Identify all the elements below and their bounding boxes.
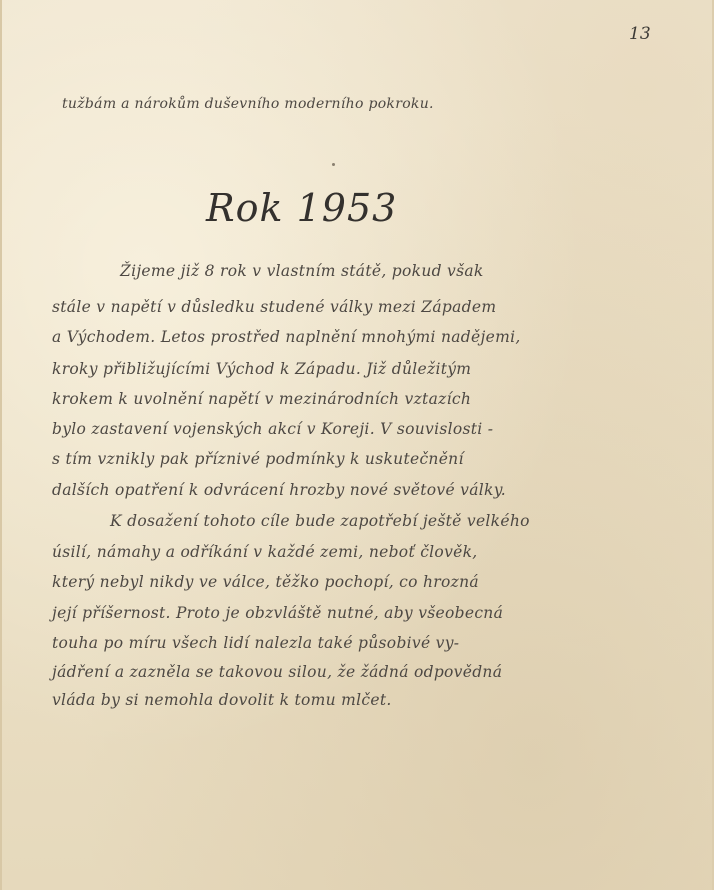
handwritten-page: 13 tužbám a nárokům duševního moderního … bbox=[0, 0, 714, 890]
text-line: úsilí, námahy a odříkání v každé zemi, n… bbox=[52, 543, 478, 561]
text-line: dalších opatření k odvrácení hrozby nové… bbox=[52, 481, 506, 499]
text-line: K dosažení tohoto cíle bude zapotřebí je… bbox=[110, 512, 530, 530]
text-line: který nebyl nikdy ve válce, těžko pochop… bbox=[52, 573, 479, 591]
text-line: její příšernost. Proto je obzvláště nutn… bbox=[52, 604, 503, 622]
text-line: a Východem. Letos prostřed naplnění mnoh… bbox=[52, 328, 521, 346]
section-title: Rok 1953 bbox=[206, 186, 397, 230]
continuation-line: tužbám a nárokům duševního moderního pok… bbox=[62, 96, 434, 112]
text-line: s tím vznikly pak příznivé podmínky k us… bbox=[52, 450, 464, 468]
text-line: bylo zastavení vojenských akcí v Koreji.… bbox=[52, 420, 493, 438]
text-line: vláda by si nemohla dovolit k tomu mlčet… bbox=[52, 691, 392, 709]
ink-dot bbox=[332, 163, 335, 166]
text-line: jádření a zazněla se takovou silou, že ž… bbox=[52, 663, 502, 681]
text-line: Žijeme již 8 rok v vlastním státě, pokud… bbox=[120, 262, 484, 280]
text-line: krokem k uvolnění napětí v mezinárodních… bbox=[52, 390, 471, 408]
text-line: touha po míru všech lidí nalezla také pů… bbox=[52, 634, 459, 652]
page-number: 13 bbox=[629, 24, 651, 44]
text-line: stále v napětí v důsledku studené války … bbox=[52, 298, 496, 316]
text-line: kroky přibližujícími Východ k Západu. Ji… bbox=[52, 360, 471, 378]
